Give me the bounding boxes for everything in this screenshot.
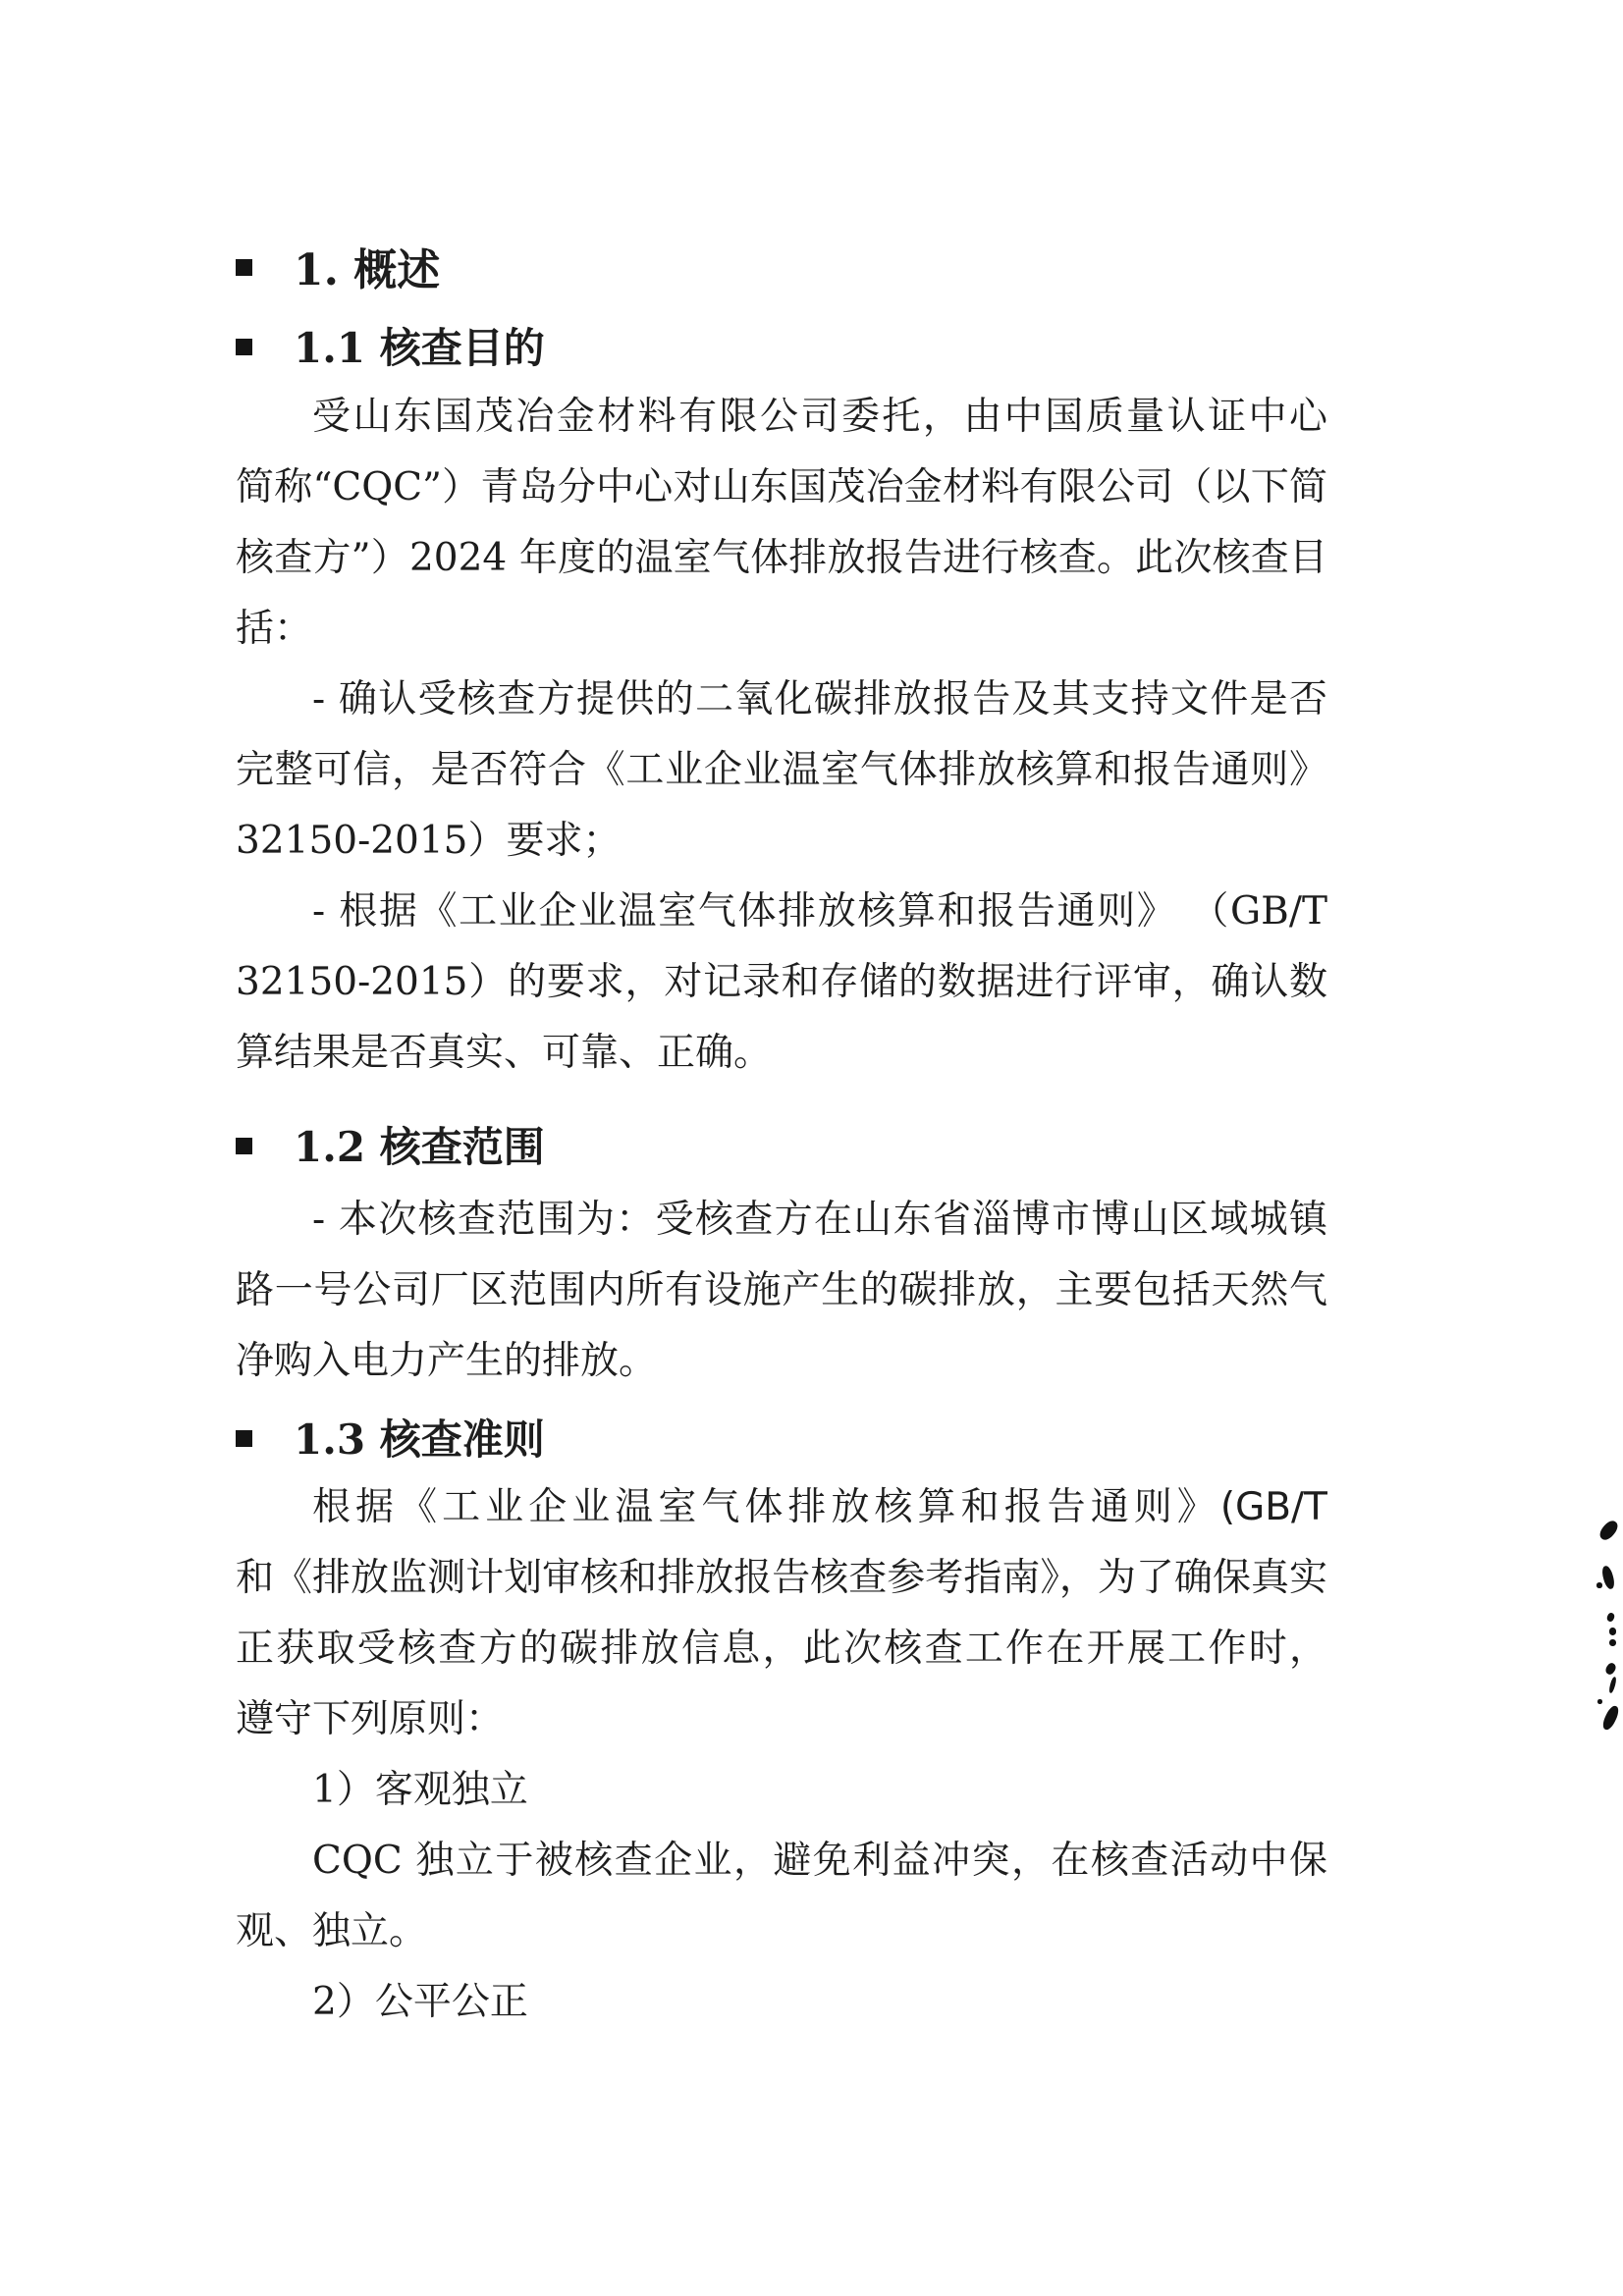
text-line: 32150-2015）要求； — [236, 806, 1327, 877]
text-line: CQC 独立于被核查企业，避免利益冲突，在核查活动中保持客 — [236, 1826, 1327, 1896]
ink-mark — [1609, 1639, 1616, 1646]
text-segment: 和《排放监测计划审核和排放报告核查参考指南》，为了确保真实公 — [236, 1556, 1327, 1614]
text-segment: 32150-2015）要求； — [236, 819, 622, 863]
ink-mark — [1606, 1612, 1616, 1623]
text-line: 简称“CQC”）青岛分中心对山东国茂冶金材料有限公司（以下简称“受 — [236, 453, 1327, 523]
text-segment: CQC 独立于被核查企业，避免利益冲突，在核查活动中保持客 — [236, 1839, 1327, 1896]
text-segment: 遵守下列原则： — [236, 1697, 504, 1741]
document-page: 1. 概述1.1 核查目的受山东国茂冶金材料有限公司委托，由中国质量认证中心（以… — [0, 0, 1623, 2296]
text-line: 根据《工业企业温室气体排放核算和报告通则》(GB/T 32150-2015) — [236, 1472, 1327, 1543]
text-segment: 路一号公司厂区范围内所有设施产生的碳排放，主要包括天然气燃烧、 — [236, 1268, 1327, 1326]
text-segment: 括： — [236, 607, 312, 651]
text-segment: 正获取受核查方的碳排放信息，此次核查工作在开展工作时，CQC — [236, 1627, 1327, 1684]
text-line: 1）客观独立 — [236, 1755, 1327, 1826]
heading-square-bullet-icon — [236, 339, 252, 355]
text-line: 完整可信，是否符合《工业企业温室气体排放核算和报告通则》（GB/T — [236, 735, 1327, 806]
heading-text: 1.2 核查范围 — [294, 1115, 545, 1174]
ink-mark — [1600, 1704, 1621, 1732]
heading-square-bullet-icon — [236, 259, 252, 276]
text-segment: 根据《工业企业温室气体排放核算和报告通则》 — [312, 1485, 1220, 1529]
section-heading-1.3: 1.3 核查准则 — [236, 1401, 1327, 1472]
section-heading-1: 1. 概述 — [236, 230, 1327, 301]
text-line: 观、独立。 — [236, 1896, 1327, 1967]
text-segment: 简称“CQC”）青岛分中心对山东国茂冶金材料有限公司（以下简称“受 — [236, 465, 1327, 523]
heading-text: 1.3 核查准则 — [294, 1408, 545, 1467]
ink-mark — [1600, 1565, 1616, 1590]
text-line: 核查方”）2024 年度的温室气体排放报告进行核查。此次核查目的包 — [236, 523, 1327, 594]
text-segment: 受山东国茂冶金材料有限公司委托，由中国质量认证中心（以下 — [236, 395, 1327, 453]
text-segment: 32150-2015）的要求，对记录和存储的数据进行评审，确认数据及计 — [236, 960, 1327, 1018]
heading-square-bullet-icon — [236, 1138, 252, 1154]
ink-mark — [1596, 1582, 1602, 1588]
text-line: 2）公平公正 — [236, 1967, 1327, 2038]
text-segment: 完整可信，是否符合《工业企业温室气体排放核算和报告通则》（GB/T — [236, 748, 1327, 806]
ink-mark — [1596, 1518, 1620, 1542]
text-line: 净购入电力产生的排放。 — [236, 1326, 1327, 1397]
heading-square-bullet-icon — [236, 1430, 252, 1447]
text-segment: - 确认受核查方提供的二氧化碳排放报告及其支持文件是否是 — [236, 677, 1327, 735]
text-line: 和《排放监测计划审核和排放报告核查参考指南》，为了确保真实公 — [236, 1543, 1327, 1614]
text-line: 32150-2015）的要求，对记录和存储的数据进行评审，确认数据及计 — [236, 947, 1327, 1018]
text-segment: 1）客观独立 — [312, 1768, 528, 1812]
text-line: 括： — [236, 594, 1327, 665]
text-segment: 2）公平公正 — [312, 1980, 528, 2024]
text-segment: 算结果是否真实、可靠、正确。 — [236, 1031, 772, 1075]
text-line: - 确认受核查方提供的二氧化碳排放报告及其支持文件是否是 — [236, 665, 1327, 735]
ink-mark — [1604, 1662, 1618, 1677]
ink-mark — [1609, 1628, 1616, 1635]
heading-text: 1.1 核查目的 — [294, 316, 545, 375]
text-segment: 核查方”）2024 年度的温室气体排放报告进行核查。此次核查目的包 — [236, 536, 1327, 594]
text-segment: - 本次核查范围为：受核查方在山东省淄博市博山区域城镇文祥 — [236, 1198, 1327, 1255]
text-line: 遵守下列原则： — [236, 1684, 1327, 1755]
text-line: - 本次核查范围为：受核查方在山东省淄博市博山区域城镇文祥 — [236, 1185, 1327, 1255]
text-segment: 净购入电力产生的排放。 — [236, 1339, 657, 1383]
document-body: 1. 概述1.1 核查目的受山东国茂冶金材料有限公司委托，由中国质量认证中心（以… — [236, 230, 1327, 2038]
section-heading-1.2: 1.2 核查范围 — [236, 1108, 1327, 1180]
heading-text: 1. 概述 — [294, 235, 440, 297]
ink-mark — [1608, 1677, 1617, 1694]
text-line: 受山东国茂冶金材料有限公司委托，由中国质量认证中心（以下 — [236, 382, 1327, 453]
section-heading-1.1: 1.1 核查目的 — [236, 309, 1327, 381]
ink-mark — [1597, 1699, 1602, 1704]
text-line: 路一号公司厂区范围内所有设施产生的碳排放，主要包括天然气燃烧、 — [236, 1255, 1327, 1326]
text-segment: 观、独立。 — [236, 1909, 427, 1953]
text-line: 正获取受核查方的碳排放信息，此次核查工作在开展工作时，CQC — [236, 1614, 1327, 1684]
text-segment: - 根据《工业企业温室气体排放核算和报告通则》 （GB/T — [312, 889, 1327, 934]
text-line: - 根据《工业企业温室气体排放核算和报告通则》 （GB/T — [236, 877, 1327, 947]
text-line: 算结果是否真实、可靠、正确。 — [236, 1018, 1327, 1089]
